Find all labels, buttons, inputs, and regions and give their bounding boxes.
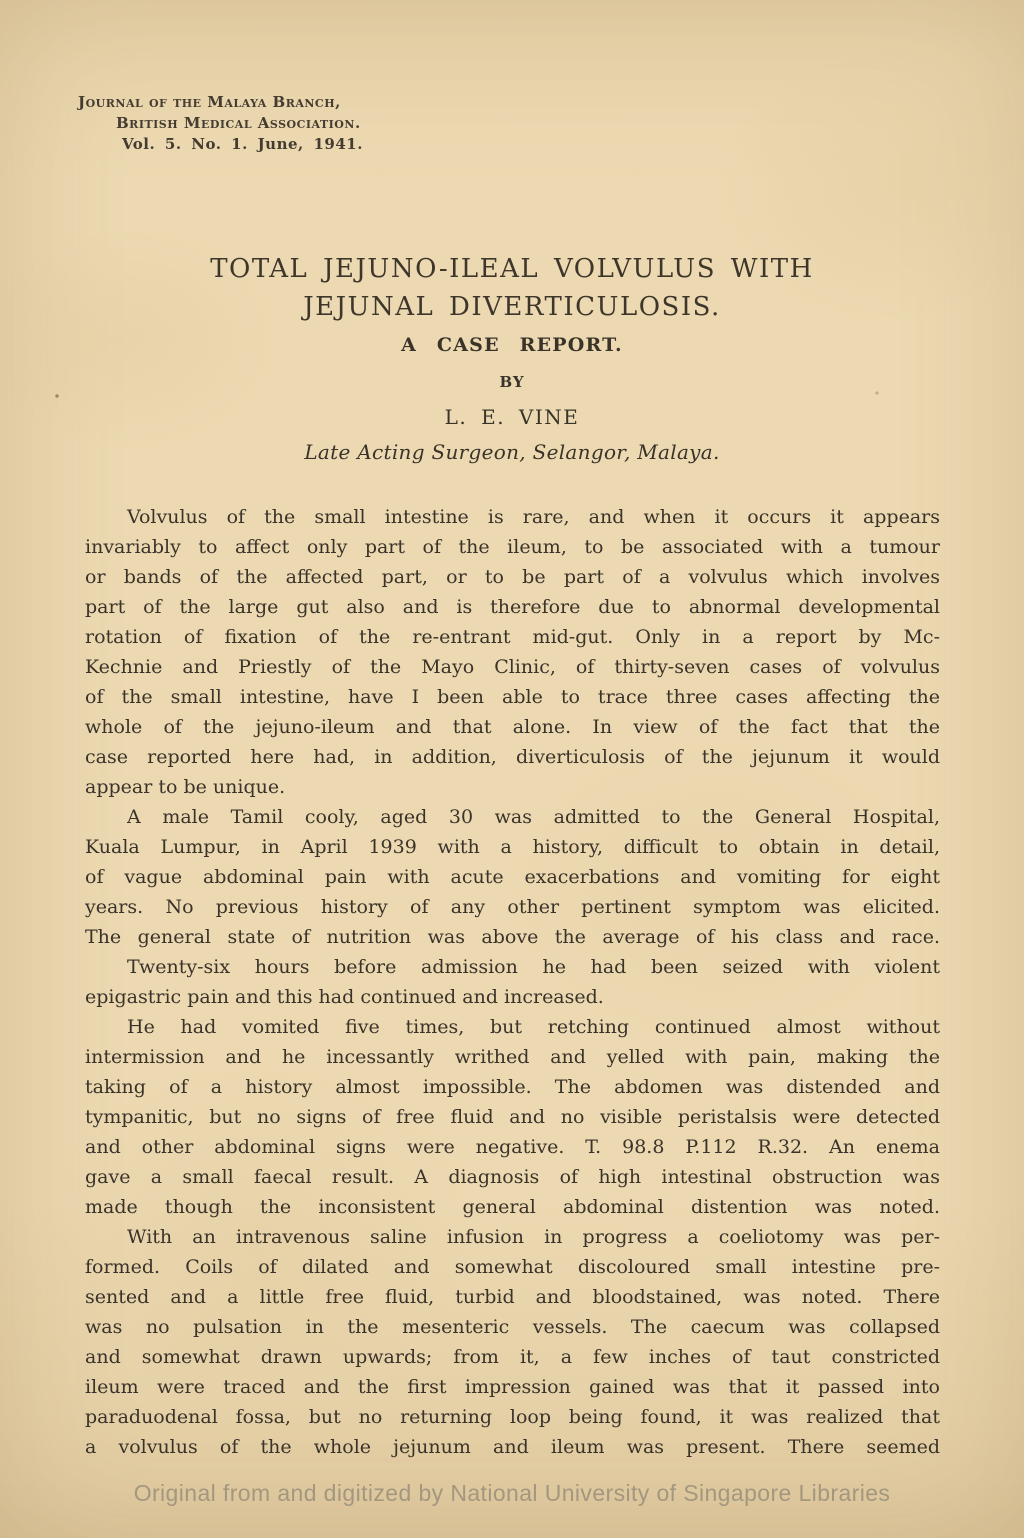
body-line: years. No previous history of any other … xyxy=(85,892,940,922)
journal-masthead: Journal of the Malaya Branch, British Me… xyxy=(78,92,363,155)
body-line: intermission and he incessantly writhed … xyxy=(85,1042,940,1072)
body-line: taking of a history almost impossible. T… xyxy=(85,1072,940,1102)
masthead-line-volume: Vol. 5. No. 1. June, 1941. xyxy=(78,134,363,155)
body-line: invariably to affect only part of the il… xyxy=(85,532,940,562)
body-line: Volvulus of the small intestine is rare,… xyxy=(85,502,940,532)
body-line: of vague abdominal pain with acute exace… xyxy=(85,862,940,892)
body-line: ileum were traced and the first impressi… xyxy=(85,1372,940,1402)
digitization-watermark: Original from and digitized by National … xyxy=(0,1480,1024,1507)
article-body: Volvulus of the small intestine is rare,… xyxy=(85,502,940,1462)
body-line: A male Tamil cooly, aged 30 was admitted… xyxy=(85,802,940,832)
body-line: Kechnie and Priestly of the Mayo Clinic,… xyxy=(85,652,940,682)
body-line: Kuala Lumpur, in April 1939 with a histo… xyxy=(85,832,940,862)
body-line: or bands of the affected part, or to be … xyxy=(85,562,940,592)
body-line: appear to be unique. xyxy=(85,772,940,802)
body-line: part of the large gut also and is theref… xyxy=(85,592,940,622)
author-affiliation: Late Acting Surgeon, Selangor, Malaya. xyxy=(0,440,1024,464)
article-title-line-1: TOTAL JEJUNO-ILEAL VOLVULUS WITH xyxy=(0,250,1024,288)
body-line: of the small intestine, have I been able… xyxy=(85,682,940,712)
author-name: L. E. VINE xyxy=(0,405,1024,429)
body-line: epigastric pain and this had continued a… xyxy=(85,982,940,1012)
body-line: Twenty-six hours before admission he had… xyxy=(85,952,940,982)
body-line: He had vomited five times, but retching … xyxy=(85,1012,940,1042)
article-heading: TOTAL JEJUNO-ILEAL VOLVULUS WITH JEJUNAL… xyxy=(0,250,1024,464)
body-line: made though the inconsistent general abd… xyxy=(85,1192,940,1222)
masthead-line-journal: Journal of the Malaya Branch, xyxy=(78,92,363,113)
body-line: formed. Coils of dilated and somewhat di… xyxy=(85,1252,940,1282)
byline-label: BY xyxy=(0,373,1024,391)
body-line: tympanitic, but no signs of free fluid a… xyxy=(85,1102,940,1132)
body-line: gave a small faecal result. A diagnosis … xyxy=(85,1162,940,1192)
masthead-line-association: British Medical Association. xyxy=(78,113,363,134)
body-line: whole of the jejuno-ileum and that alone… xyxy=(85,712,940,742)
body-line: and somewhat drawn upwards; from it, a f… xyxy=(85,1342,940,1372)
body-line: rotation of fixation of the re-entrant m… xyxy=(85,622,940,652)
body-line: The general state of nutrition was above… xyxy=(85,922,940,952)
body-line: paraduodenal fossa, but no returning loo… xyxy=(85,1402,940,1432)
body-line: and other abdominal signs were negative.… xyxy=(85,1132,940,1162)
body-line: a volvulus of the whole jejunum and ileu… xyxy=(85,1432,940,1462)
body-line: sented and a little free fluid, turbid a… xyxy=(85,1282,940,1312)
article-subtitle: A CASE REPORT. xyxy=(0,334,1024,356)
body-line: case reported here had, in addition, div… xyxy=(85,742,940,772)
article-title-line-2: JEJUNAL DIVERTICULOSIS. xyxy=(0,288,1024,326)
body-line: With an intravenous saline infusion in p… xyxy=(85,1222,940,1252)
body-line: was no pulsation in the mesenteric vesse… xyxy=(85,1312,940,1342)
